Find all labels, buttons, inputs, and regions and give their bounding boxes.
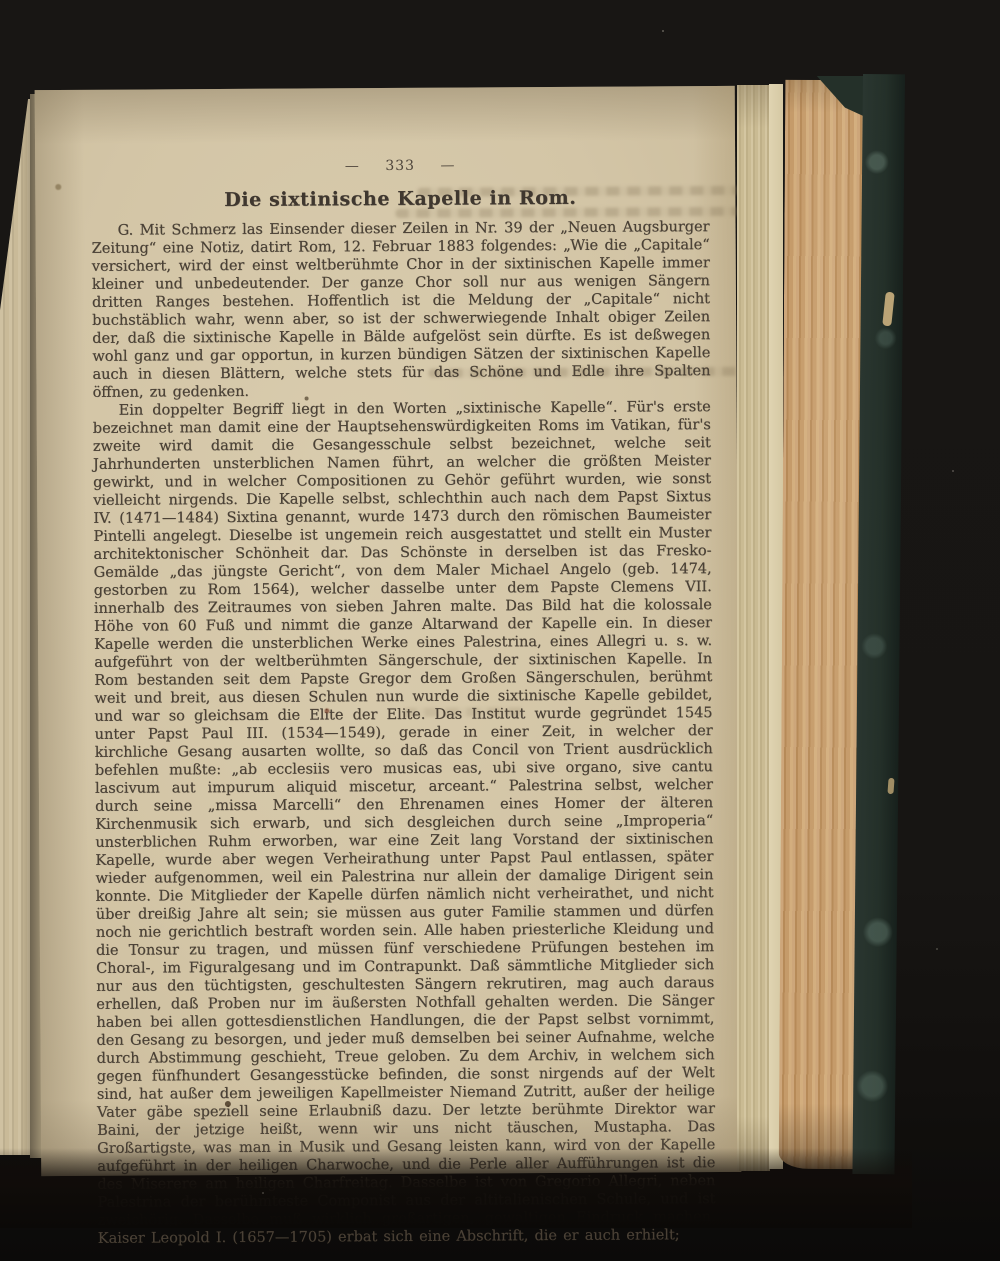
dust-speck	[186, 252, 189, 255]
page-content: — 333 — Die sixtinische Kapelle in Rom. …	[91, 156, 716, 1248]
paper-stain	[324, 708, 329, 713]
paper-stain	[55, 184, 61, 190]
dust-speck	[662, 30, 664, 32]
cover-wear-mark	[887, 778, 894, 794]
page-number: — 333 —	[91, 156, 709, 176]
paper-stain	[305, 396, 309, 400]
book-page: — 333 — Die sixtinische Kapelle in Rom. …	[35, 86, 742, 1176]
page-edges-inner	[737, 85, 770, 1171]
article-title: Die sixtinische Kapelle in Rom.	[91, 186, 709, 212]
dust-speck	[936, 948, 938, 950]
paragraph-2: Ein doppelter Begriff liegt in den Worte…	[93, 398, 716, 1248]
dust-speck	[952, 470, 954, 472]
ink-spot	[225, 1101, 231, 1107]
dust-speck	[262, 1192, 264, 1194]
bottom-shadow	[0, 1148, 912, 1228]
paragraph-1: G. Mit Schmerz las Einsender dieser Zeil…	[91, 218, 710, 402]
book-photo: — 333 — Die sixtinische Kapelle in Rom. …	[0, 0, 1000, 1261]
